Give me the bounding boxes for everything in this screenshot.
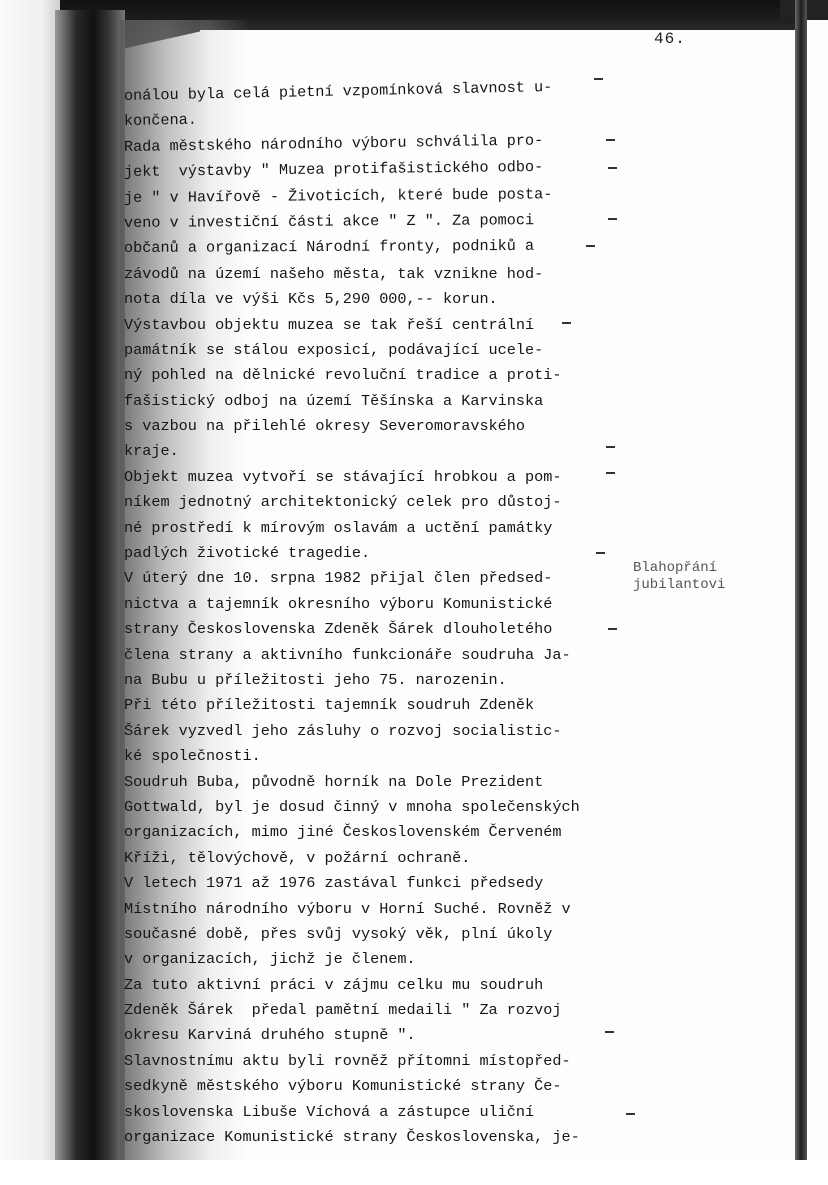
margin-tick bbox=[608, 218, 617, 220]
margin-tick bbox=[594, 78, 603, 80]
text-line: nota díla ve výši Kčs 5,290 000,-- korun… bbox=[124, 287, 644, 312]
book-gutter bbox=[55, 10, 125, 1160]
margin-tick bbox=[605, 1031, 614, 1033]
text-line: organizace Komunistické strany Českoslov… bbox=[124, 1125, 644, 1150]
text-line: skoslovenska Libuše Víchová a zástupce u… bbox=[124, 1100, 644, 1125]
text-line: okresu Karviná druhého stupně ". bbox=[124, 1023, 644, 1048]
text-line: strany Československa Zdeněk Šárek dlouh… bbox=[124, 617, 644, 642]
text-line: je " v Havířově - Životicích, které bude… bbox=[124, 181, 644, 211]
text-line: na Bubu u příležitosti jeho 75. narozeni… bbox=[124, 668, 644, 693]
scanned-page: 46. onálou byla celá pietní vzpomínková … bbox=[0, 0, 828, 1185]
text-line: Kříži, tělovýchově, v požární ochraně. bbox=[124, 846, 644, 871]
text-line: Šárek vyzvedl jeho zásluhy o rozvoj soci… bbox=[124, 719, 644, 744]
text-line: Za tuto aktivní práci v zájmu celku mu s… bbox=[124, 973, 644, 998]
text-line: veno v investiční části akce " Z ". Za p… bbox=[124, 207, 644, 236]
margin-tick bbox=[608, 167, 617, 169]
text-line: člena strany a aktivního funkcionáře sou… bbox=[124, 643, 644, 668]
text-line: fašistický odboj na území Těšínska a Kar… bbox=[124, 389, 644, 414]
text-line: padlých životické tragedie. bbox=[124, 541, 644, 566]
text-line: níkem jednotný architektonický celek pro… bbox=[124, 490, 644, 515]
scan-bottom-margin bbox=[0, 1160, 828, 1185]
text-line: Při této příležitosti tajemník soudruh Z… bbox=[124, 693, 644, 718]
facing-page-edge bbox=[0, 0, 60, 1160]
text-line: V letech 1971 až 1976 zastával funkci př… bbox=[124, 871, 644, 896]
margin-note-line: Blahopřání bbox=[633, 560, 717, 576]
margin-tick bbox=[606, 446, 615, 448]
text-line: Objekt muzea vytvoří se stávající hrobko… bbox=[124, 465, 644, 490]
text-line: kraje. bbox=[124, 439, 644, 464]
page-number: 46. bbox=[654, 30, 686, 48]
text-line: Gottwald, byl je dosud činný v mnoha spo… bbox=[124, 795, 644, 820]
page-right-edge bbox=[795, 0, 807, 1160]
text-line: občanů a organizací Národní fronty, podn… bbox=[124, 234, 644, 262]
text-line: sedkyně městského výboru Komunistické st… bbox=[124, 1074, 644, 1099]
typewritten-body: onálou byla celá pietní vzpomínková slav… bbox=[124, 84, 644, 1150]
text-line: Výstavbou objektu muzea se tak řeší cent… bbox=[124, 313, 644, 338]
text-line: organizacích, mimo jiné Československém … bbox=[124, 820, 644, 845]
text-line: né prostředí k mírovým oslavám a uctění … bbox=[124, 516, 644, 541]
margin-tick bbox=[606, 472, 615, 474]
text-line: V úterý dne 10. srpna 1982 přijal člen p… bbox=[124, 566, 644, 591]
text-line: Zdeněk Šárek předal pamětní medaili " Za… bbox=[124, 998, 644, 1023]
text-line: Soudruh Buba, původně horník na Dole Pre… bbox=[124, 770, 644, 795]
text-line: Místního národního výboru v Horní Suché.… bbox=[124, 897, 644, 922]
text-line: ké společnosti. bbox=[124, 744, 644, 769]
text-line: v organizacích, jichž je členem. bbox=[124, 947, 644, 972]
margin-tick bbox=[606, 139, 615, 141]
margin-tick bbox=[596, 552, 605, 554]
margin-note: Blahopřání jubilantovi bbox=[633, 560, 725, 594]
text-line: s vazbou na přilehlé okresy Severomoravs… bbox=[124, 414, 644, 439]
text-line: nictva a tajemník okresního výboru Komun… bbox=[124, 592, 644, 617]
text-line: současné době, přes svůj vysoký věk, pln… bbox=[124, 922, 644, 947]
margin-tick bbox=[626, 1113, 635, 1115]
margin-tick bbox=[608, 628, 617, 630]
text-line: památník se stálou exposicí, podávající … bbox=[124, 338, 644, 363]
margin-tick bbox=[586, 245, 595, 247]
margin-note-line: jubilantovi bbox=[633, 577, 725, 593]
text-line: jekt výstavby " Muzea protifašistického … bbox=[124, 154, 644, 186]
margin-tick bbox=[562, 322, 571, 324]
text-line: Slavnostnímu aktu byli rovněž přítomni m… bbox=[124, 1049, 644, 1074]
text-line: závodů na území našeho města, tak vznikn… bbox=[124, 262, 644, 287]
text-line: ný pohled na dělnické revoluční tradice … bbox=[124, 363, 644, 388]
